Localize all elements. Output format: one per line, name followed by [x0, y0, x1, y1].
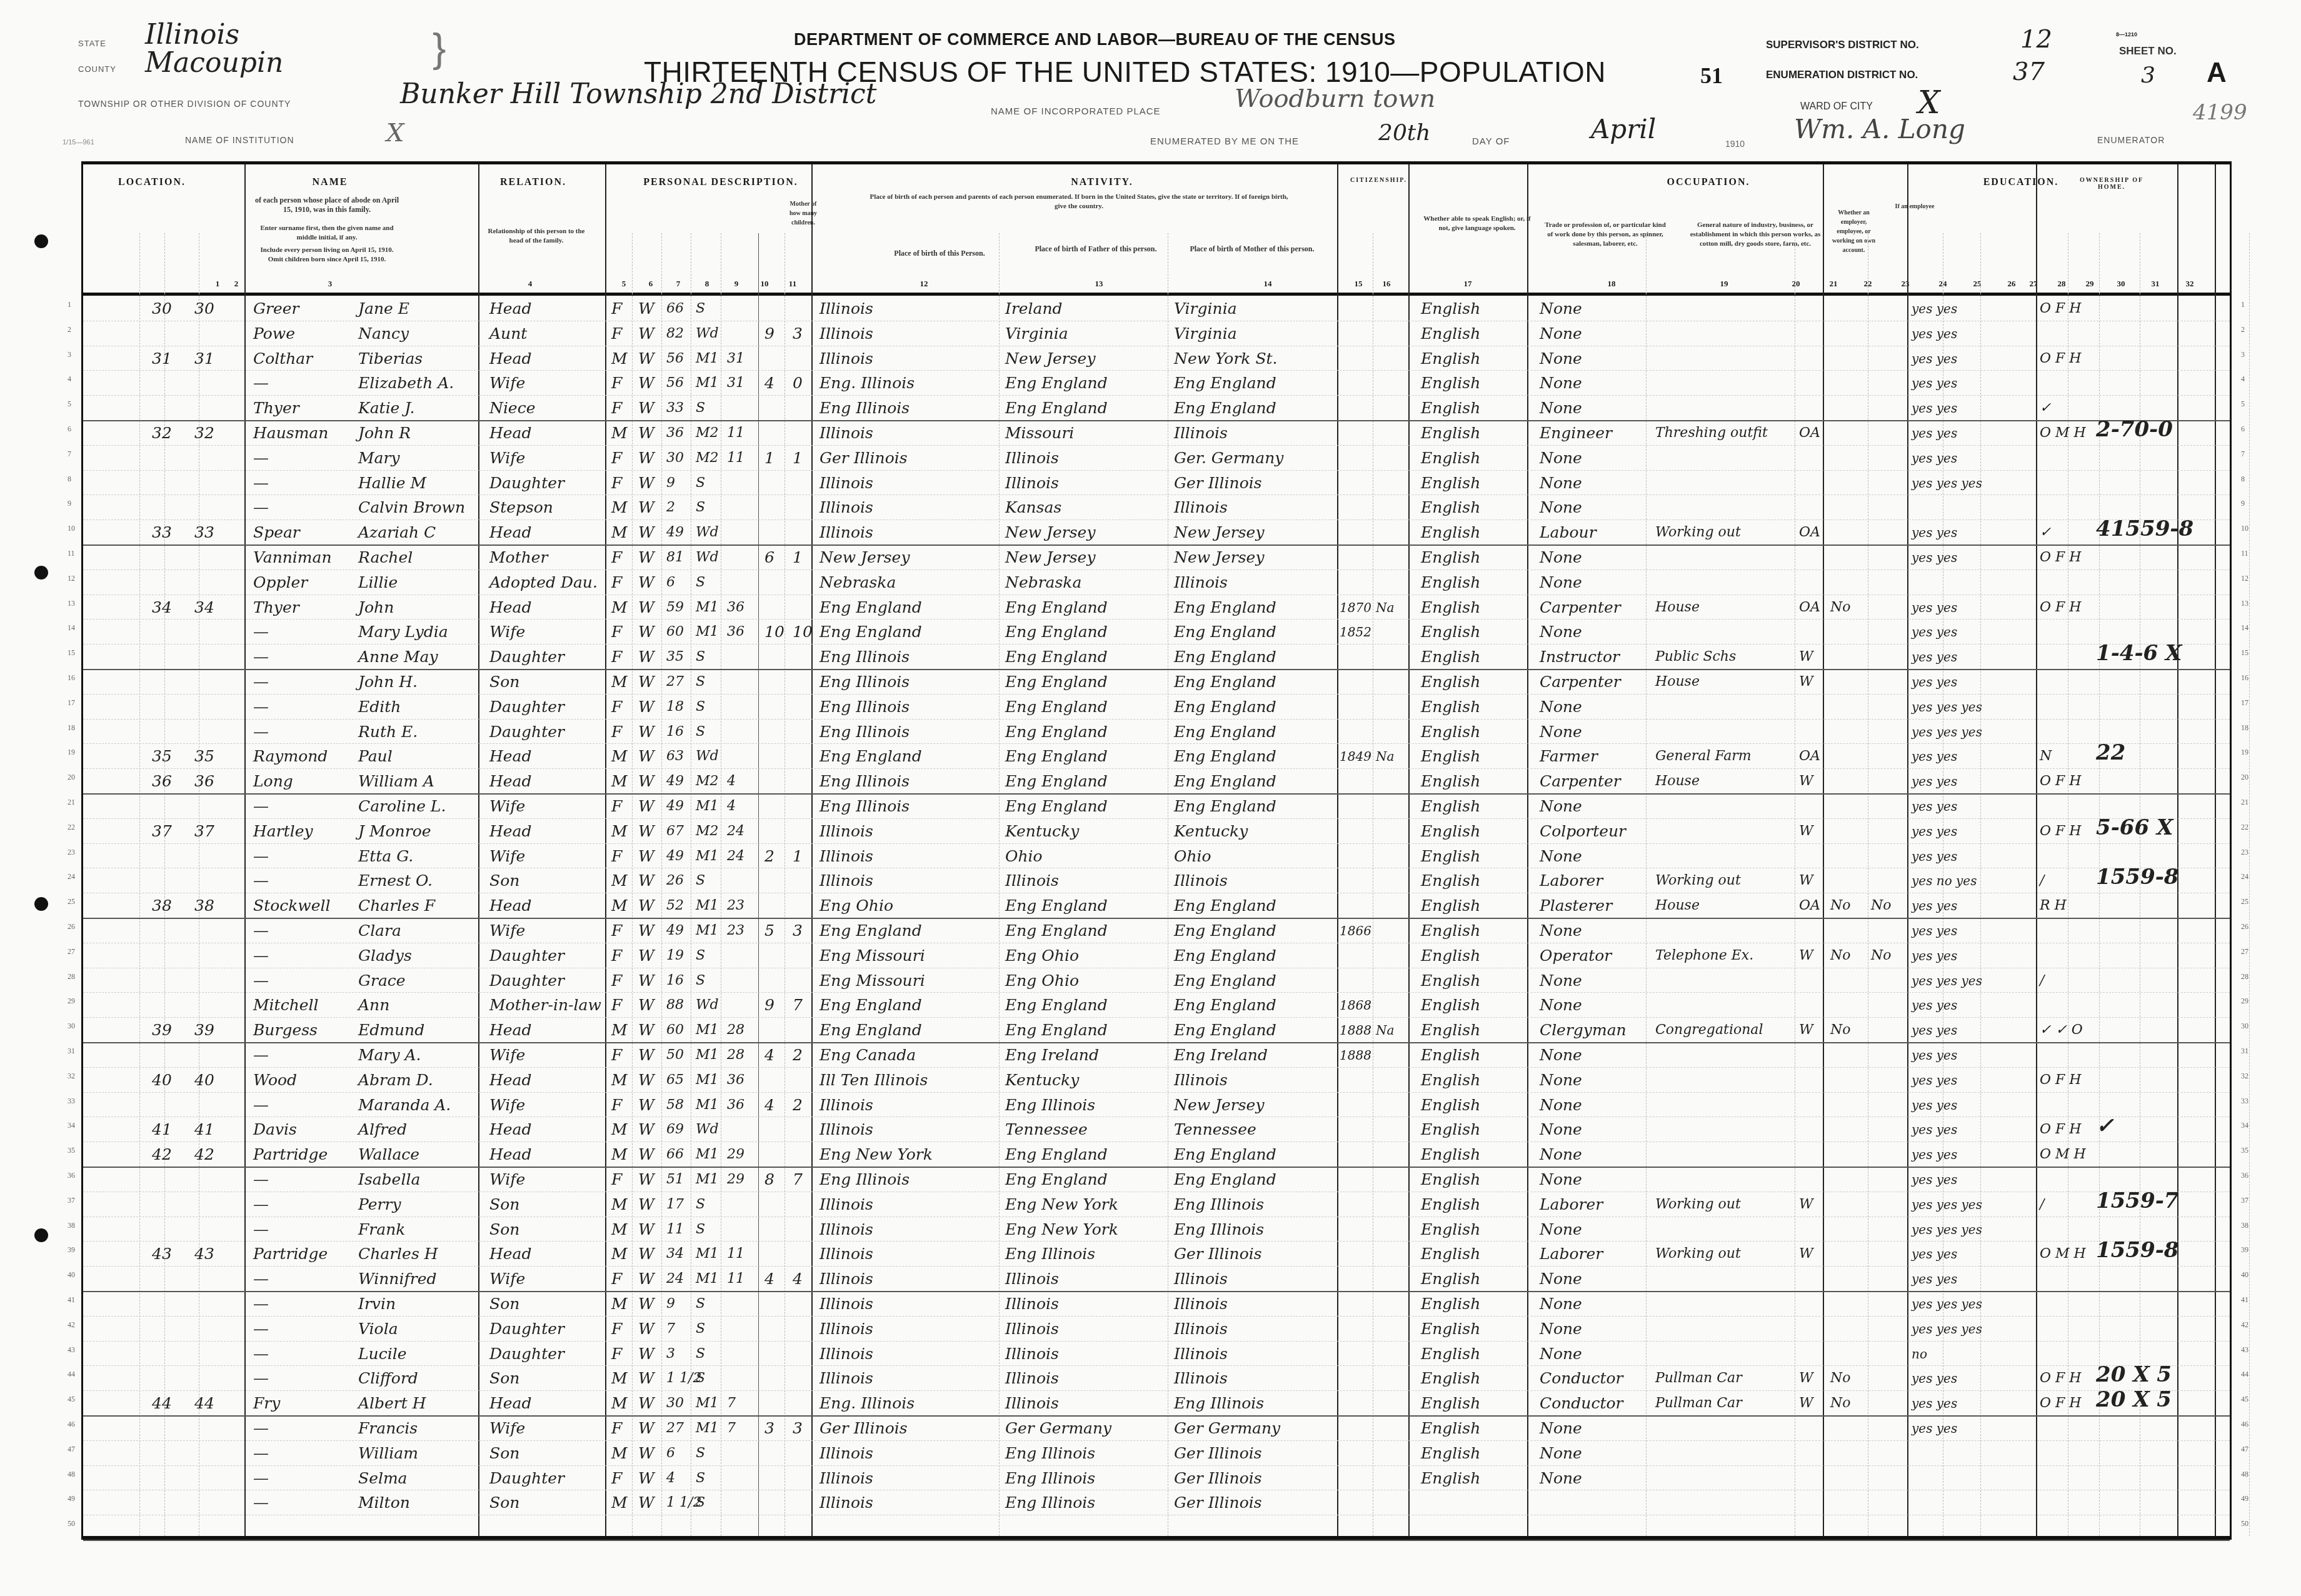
- birthplace-mother: Eng England: [1174, 970, 1276, 991]
- relationship: Head: [489, 298, 532, 319]
- marital-status: M1: [696, 1169, 719, 1190]
- office-code: 1559-8: [2096, 1240, 2178, 1261]
- immigration-year: 1888: [1340, 1020, 1371, 1041]
- years-married: 4: [727, 771, 736, 792]
- table-row: 41 41 Davis Alfred Head M W 69 Wd Illino…: [83, 1117, 2230, 1142]
- line-number: 28: [68, 972, 75, 981]
- employer-status: W: [1799, 1243, 1813, 1265]
- line-number: 4: [68, 374, 71, 384]
- birthplace-person: Illinois: [820, 1194, 873, 1215]
- line-number: 8: [68, 474, 71, 484]
- home-ownership: O F H: [2040, 547, 2081, 568]
- sex: M: [611, 895, 628, 916]
- years-married: 36: [727, 1070, 744, 1091]
- given-name: Mary: [358, 448, 400, 469]
- group-name: NAME: [246, 177, 414, 188]
- marital-status: M1: [696, 796, 719, 817]
- age: 49: [666, 522, 684, 543]
- relationship: Wife: [489, 1095, 525, 1116]
- sex: F: [611, 1468, 622, 1489]
- trade: None: [1540, 473, 1582, 494]
- relationship: Head: [489, 1144, 532, 1165]
- language: English: [1421, 298, 1480, 319]
- trade: None: [1540, 1169, 1582, 1190]
- table-row: — Lucile Daughter F W 3 S Illinois Illin…: [83, 1341, 2230, 1366]
- home-ownership: O F H: [2040, 821, 2081, 842]
- read-write: yes yes: [1912, 398, 1957, 419]
- birthplace-father: Eng England: [1005, 920, 1108, 941]
- col-num: 26: [2002, 279, 2021, 289]
- birthplace-person: Illinois: [820, 1119, 873, 1140]
- sex: M: [611, 597, 628, 618]
- age: 27: [666, 671, 684, 693]
- children-living: 2: [793, 1045, 803, 1066]
- age: 27: [666, 1418, 684, 1439]
- home-ownership: O F H: [2040, 1119, 2081, 1140]
- race: W: [638, 746, 654, 767]
- table-row: — Mary Lydia Wife F W 60 M1 36 10 10 Eng…: [83, 619, 2230, 644]
- table-row: — Ernest O. Son M W 26 S Illinois Illino…: [83, 868, 2230, 893]
- birthplace-person: Illinois: [820, 1293, 873, 1315]
- line-number: 12: [68, 574, 75, 583]
- birthplace-mother: Illinois: [1174, 1268, 1228, 1290]
- race: W: [638, 1318, 654, 1340]
- office-code: 2-70-0: [2096, 419, 2173, 440]
- line-number: 6: [2241, 424, 2245, 434]
- col-num: 2: [227, 279, 246, 289]
- given-name: Mary Lydia: [358, 621, 448, 643]
- sex: F: [611, 323, 622, 344]
- race: W: [638, 1443, 654, 1464]
- family-number: 39: [194, 1020, 214, 1041]
- age: 81: [666, 547, 684, 568]
- relationship: Wife: [489, 1268, 525, 1290]
- relationship: Head: [489, 895, 532, 916]
- table-row: 33 33 Spear Azariah C Head M W 49 Wd Ill…: [83, 519, 2230, 545]
- age: 19: [666, 945, 684, 966]
- group-nativity: NATIVITY.: [865, 177, 1340, 188]
- children-living: 7: [793, 995, 803, 1016]
- relationship: Daughter: [489, 970, 564, 991]
- race: W: [638, 473, 654, 494]
- birthplace-person: Eng Illinois: [820, 646, 910, 668]
- race: W: [638, 1095, 654, 1116]
- dwelling-number: 43: [152, 1243, 172, 1265]
- col-num: 7: [669, 279, 688, 289]
- trade: Plasterer: [1540, 895, 1612, 916]
- language: English: [1421, 348, 1480, 369]
- relationship: Head: [489, 771, 532, 792]
- table-row: — Francis Wife F W 27 M1 7 3 3 Ger Illin…: [83, 1415, 2230, 1440]
- birthplace-person: Eng England: [820, 920, 922, 941]
- birthplace-person: Illinois: [820, 298, 873, 319]
- language: English: [1421, 771, 1480, 792]
- home-ownership: /: [2040, 870, 2044, 891]
- race: W: [638, 920, 654, 941]
- sex: F: [611, 547, 622, 568]
- col-num: 27: [2024, 279, 2043, 289]
- birthplace-father: Illinois: [1005, 1318, 1059, 1340]
- trade: Engineer: [1540, 423, 1612, 444]
- naturalization: Na: [1376, 746, 1394, 767]
- age: 33: [666, 398, 684, 419]
- col-num: 3: [321, 279, 339, 289]
- read-write: yes yes: [1912, 1095, 1957, 1116]
- sex: M: [611, 671, 628, 693]
- dwelling-number: 33: [152, 522, 172, 543]
- line-number: 16: [2241, 673, 2248, 683]
- relationship: Wife: [489, 1169, 525, 1190]
- birthplace-father: Illinois: [1005, 870, 1059, 891]
- dwelling-number: 34: [152, 597, 172, 618]
- line-number: 22: [68, 823, 75, 832]
- birthplace-person: Eng. Illinois: [820, 373, 915, 394]
- out-of-work: No: [1830, 1393, 1851, 1414]
- birthplace-father: New Jersey: [1005, 348, 1096, 369]
- language: English: [1421, 1169, 1480, 1190]
- years-married: 11: [727, 1268, 744, 1290]
- table-row: — Irvin Son M W 9 S Illinois Illinois Il…: [83, 1291, 2230, 1316]
- years-married: 28: [727, 1020, 744, 1041]
- relationship: Daughter: [489, 1318, 564, 1340]
- read-write: yes yes yes: [1912, 1318, 1982, 1340]
- trade: Carpenter: [1540, 771, 1621, 792]
- line-number: 20: [2241, 773, 2248, 782]
- language: English: [1421, 323, 1480, 344]
- given-name: John H.: [358, 671, 418, 693]
- surname: —: [253, 1095, 269, 1116]
- birthplace-father: Eng England: [1005, 895, 1108, 916]
- sex: F: [611, 1418, 622, 1439]
- marital-status: M1: [696, 373, 719, 394]
- birthplace-mother: Eng England: [1174, 771, 1276, 792]
- group-education: EDUCATION.: [1958, 177, 2083, 188]
- age: 7: [666, 1318, 675, 1340]
- sex: F: [611, 945, 622, 966]
- birthplace-mother: New Jersey: [1174, 1095, 1265, 1116]
- age: 16: [666, 970, 684, 991]
- read-write: yes yes: [1912, 1393, 1957, 1414]
- age: 58: [666, 1095, 684, 1116]
- supervisor-district: 12: [2020, 25, 2052, 54]
- trade: None: [1540, 1144, 1582, 1165]
- surname: —: [253, 945, 269, 966]
- given-name: Lucile: [358, 1343, 407, 1365]
- line-number: 8: [2241, 474, 2245, 484]
- race: W: [638, 1268, 654, 1290]
- trade: None: [1540, 1343, 1582, 1365]
- age: 52: [666, 895, 684, 916]
- birthplace-father: Eng England: [1005, 621, 1108, 643]
- birthplace-person: Illinois: [820, 423, 873, 444]
- given-name: Calvin Brown: [358, 497, 465, 518]
- trade: Conductor: [1540, 1393, 1623, 1414]
- industry: Public Schs: [1655, 646, 1736, 668]
- birthplace-mother: Eng England: [1174, 696, 1276, 718]
- marital-status: M1: [696, 1418, 719, 1439]
- birthplace-person: Eng Missouri: [820, 945, 925, 966]
- marital-status: Wd: [696, 746, 719, 767]
- birthplace-mother: Ger Illinois: [1174, 1468, 1262, 1489]
- marital-status: S: [696, 970, 705, 991]
- age: 59: [666, 597, 684, 618]
- surname: —: [253, 1194, 269, 1215]
- birthplace-person: Eng Canada: [820, 1045, 916, 1066]
- birthplace-father: Eng England: [1005, 696, 1108, 718]
- sex: F: [611, 1095, 622, 1116]
- given-name: Anne May: [358, 646, 438, 668]
- race: W: [638, 1393, 654, 1414]
- institution-label: NAME OF INSTITUTION: [185, 135, 294, 145]
- line-number: 1: [2241, 300, 2245, 309]
- given-name: Isabella: [358, 1169, 420, 1190]
- relationship: Daughter: [489, 473, 564, 494]
- marital-status: S: [696, 1219, 705, 1240]
- race: W: [638, 721, 654, 743]
- marital-status: M1: [696, 1393, 719, 1414]
- birthplace-father: Eng Ohio: [1005, 945, 1079, 966]
- employer-status: W: [1799, 1194, 1813, 1215]
- sex: M: [611, 1293, 628, 1315]
- employer-status: W: [1799, 1393, 1813, 1414]
- line-number: 24: [2241, 872, 2248, 881]
- birth-person-desc: Place of birth of this Person.: [865, 249, 1015, 258]
- table-row: — Etta G. Wife F W 49 M1 24 2 1 Illinois…: [83, 843, 2230, 868]
- birthplace-mother: Eng England: [1174, 895, 1276, 916]
- birthplace-mother: Illinois: [1174, 1343, 1228, 1365]
- years-married: 36: [727, 621, 744, 643]
- home-ownership: R H: [2040, 895, 2067, 916]
- children-born: 9: [764, 323, 775, 344]
- if-employee-desc: If an employee: [1880, 202, 1949, 211]
- birthplace-father: Illinois: [1005, 448, 1059, 469]
- sex: F: [611, 846, 622, 867]
- given-name: Elizabeth A.: [358, 373, 454, 394]
- sex: F: [611, 796, 622, 817]
- birthplace-person: Eng Illinois: [820, 721, 910, 743]
- home-ownership: N: [2040, 746, 2052, 767]
- birthplace-person: Illinois: [820, 846, 873, 867]
- marital-status: Wd: [696, 1119, 719, 1140]
- birthplace-person: Illinois: [820, 821, 873, 842]
- birthplace-person: Illinois: [820, 1368, 873, 1389]
- table-row: 44 44 Fry Albert H Head M W 30 M1 7 Eng.…: [83, 1390, 2230, 1415]
- family-number: 40: [194, 1070, 214, 1091]
- industry: Working out: [1655, 1243, 1741, 1265]
- sex: F: [611, 398, 622, 419]
- line-number: 31: [68, 1046, 75, 1056]
- line-number: 26: [68, 922, 75, 931]
- family-number: 42: [194, 1144, 214, 1165]
- col-num: 17: [1458, 279, 1477, 289]
- birthplace-mother: Eng England: [1174, 597, 1276, 618]
- surname: Long: [253, 771, 293, 792]
- table-row: — Selma Daughter F W 4 S Illinois Eng Il…: [83, 1465, 2230, 1490]
- language: English: [1421, 1020, 1480, 1041]
- given-name: Viola: [358, 1318, 398, 1340]
- birthplace-father: Illinois: [1005, 1343, 1059, 1365]
- office-code: 1559-8: [2096, 866, 2178, 888]
- trade: Carpenter: [1540, 671, 1621, 693]
- birthplace-father: Kentucky: [1005, 821, 1079, 842]
- read-write: yes yes: [1912, 1169, 1957, 1190]
- col-num: 13: [1090, 279, 1108, 289]
- office-code: 41559-8: [2096, 518, 2193, 540]
- birthplace-mother: Eng England: [1174, 945, 1276, 966]
- relationship: Niece: [489, 398, 535, 419]
- enumeration-district: 37: [2013, 58, 2045, 86]
- given-name: Frank: [358, 1219, 405, 1240]
- birthplace-person: Illinois: [820, 323, 873, 344]
- age: 36: [666, 423, 684, 444]
- line-number: 5: [2241, 399, 2245, 409]
- table-row: Oppler Lillie Adopted Dau. F W 6 S Nebra…: [83, 570, 2230, 595]
- table-row: 32 32 Hausman John R Head M W 36 M2 11 I…: [83, 420, 2230, 445]
- birthplace-person: Nebraska: [820, 572, 896, 593]
- read-write: yes yes: [1912, 1243, 1957, 1265]
- out-of-work: No: [1830, 895, 1851, 916]
- office-code: ✓: [2096, 1115, 2114, 1137]
- industry: Pullman Car: [1655, 1368, 1742, 1389]
- years-married: 36: [727, 597, 744, 618]
- out-of-work: No: [1830, 945, 1851, 966]
- birthplace-father: Eng Illinois: [1005, 1492, 1095, 1513]
- trade: None: [1540, 621, 1582, 643]
- sex: M: [611, 1194, 628, 1215]
- children-living: 7: [793, 1169, 803, 1190]
- age: 63: [666, 746, 684, 767]
- table-row: — Clifford Son M W 1 1/2 S Illinois Illi…: [83, 1365, 2230, 1390]
- age: 9: [666, 1293, 675, 1315]
- trade: None: [1540, 1268, 1582, 1290]
- family-number: 36: [194, 771, 214, 792]
- race: W: [638, 821, 654, 842]
- year: 1910: [1725, 139, 1745, 149]
- home-ownership: O F H: [2040, 1393, 2081, 1414]
- birthplace-mother: Eng England: [1174, 995, 1276, 1016]
- children-living: 3: [793, 920, 803, 941]
- age: 49: [666, 920, 684, 941]
- family-number: 38: [194, 895, 214, 916]
- relationship: Son: [489, 1219, 519, 1240]
- table-row: — Winnifred Wife F W 24 M1 11 4 4 Illino…: [83, 1266, 2230, 1291]
- surname: —: [253, 721, 269, 743]
- children-born: 10: [764, 621, 785, 643]
- enumeration-label: ENUMERATION DISTRICT NO.: [1766, 69, 1918, 81]
- given-name: Perry: [358, 1194, 401, 1215]
- race: W: [638, 597, 654, 618]
- surname: Davis: [253, 1119, 297, 1140]
- birthplace-father: Virginia: [1005, 323, 1068, 344]
- line-number: 30: [68, 1021, 75, 1031]
- name-desc: of each person whose place of abode on A…: [252, 196, 402, 214]
- line-number: 15: [2241, 648, 2248, 658]
- table-body: 30 30 Greer Jane E Head F W 66 S Illinoi…: [83, 296, 2230, 1536]
- birthplace-father: Eng Ireland: [1005, 1045, 1099, 1066]
- birthplace-person: Illinois: [820, 473, 873, 494]
- sex: M: [611, 348, 628, 369]
- race: W: [638, 497, 654, 518]
- industry: House: [1655, 671, 1700, 693]
- birthplace-person: Illinois: [820, 522, 873, 543]
- age: 67: [666, 821, 684, 842]
- trade: Clergyman: [1540, 1020, 1627, 1041]
- race: W: [638, 1368, 654, 1389]
- line-number: 27: [68, 947, 75, 956]
- punch-hole: [34, 566, 48, 580]
- office-code: 20 X 5: [2096, 1389, 2172, 1410]
- birthplace-mother: Eng England: [1174, 398, 1276, 419]
- read-write: yes yes yes: [1912, 1293, 1982, 1315]
- census-table: LOCATION. NAME RELATION. PERSONAL DESCRI…: [81, 161, 2232, 1540]
- line-number: 32: [68, 1072, 75, 1081]
- sex: M: [611, 1368, 628, 1389]
- race: W: [638, 547, 654, 568]
- race: W: [638, 870, 654, 891]
- birthplace-father: Eng England: [1005, 1020, 1108, 1041]
- read-write: yes yes: [1912, 597, 1957, 618]
- immigration-year: 1866: [1340, 920, 1371, 941]
- birthplace-father: Eng Illinois: [1005, 1243, 1095, 1265]
- read-write: yes yes: [1912, 746, 1957, 767]
- immigration-year: 1888: [1340, 1045, 1371, 1066]
- birthplace-person: Illinois: [820, 1318, 873, 1340]
- age: 2: [666, 497, 675, 518]
- marital-status: M1: [696, 1070, 719, 1091]
- table-row: — Isabella Wife F W 51 M1 29 8 7 Eng Ill…: [83, 1167, 2230, 1192]
- col-num: 1: [208, 279, 227, 289]
- industry: Congregational: [1655, 1020, 1763, 1041]
- race: W: [638, 1293, 654, 1315]
- read-write: yes yes: [1912, 621, 1957, 643]
- surname: —: [253, 646, 269, 668]
- line-number: 10: [68, 524, 75, 533]
- line-number: 2: [2241, 325, 2245, 334]
- table-row: — Elizabeth A. Wife F W 56 M1 31 4 0 Eng…: [83, 370, 2230, 395]
- age: 56: [666, 348, 684, 369]
- col-num: 14: [1258, 279, 1277, 289]
- language: English: [1421, 1343, 1480, 1365]
- marital-status: M1: [696, 597, 719, 618]
- surname: Vanniman: [253, 547, 332, 568]
- surname: —: [253, 1268, 269, 1290]
- read-write: yes yes: [1912, 1119, 1957, 1140]
- read-write: yes yes yes: [1912, 696, 1982, 718]
- language: English: [1421, 646, 1480, 668]
- birthplace-person: Illinois: [820, 1095, 873, 1116]
- birthplace-person: Eng England: [820, 1020, 922, 1041]
- relationship: Head: [489, 1119, 532, 1140]
- industry: General Farm: [1655, 746, 1752, 767]
- line-number: 10: [2241, 524, 2248, 533]
- birthplace-person: Ger Illinois: [820, 1418, 908, 1439]
- trade: None: [1540, 1318, 1582, 1340]
- immigration-year: 1870: [1340, 597, 1371, 618]
- sex: F: [611, 1343, 622, 1365]
- line-number: 45: [2241, 1395, 2248, 1404]
- race: W: [638, 895, 654, 916]
- birthplace-mother: Eng Illinois: [1174, 1219, 1264, 1240]
- col-num: 12: [915, 279, 933, 289]
- trade: None: [1540, 547, 1582, 568]
- line-number: 34: [2241, 1121, 2248, 1130]
- birthplace-mother: Eng England: [1174, 373, 1276, 394]
- read-write: yes yes: [1912, 846, 1957, 867]
- read-write: yes yes: [1912, 1418, 1957, 1439]
- col-num: 19: [1715, 279, 1733, 289]
- relationship: Wife: [489, 846, 525, 867]
- home-ownership: ✓ ✓ O: [2040, 1020, 2083, 1041]
